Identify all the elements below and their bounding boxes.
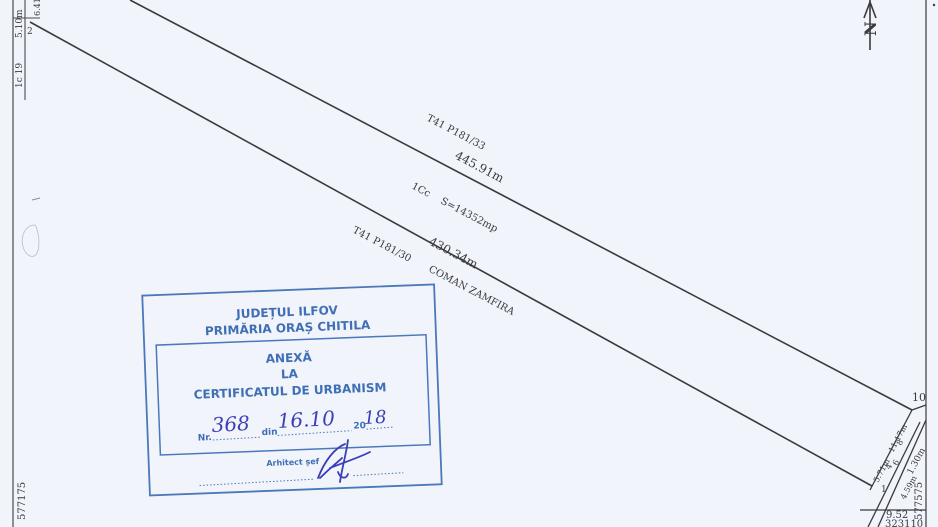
stamp-town-hall: PRIMĂRIA ORAȘ CHITILA [205, 317, 372, 338]
urbanism-stamp: JUDEȚUL ILFOV PRIMĂRIA ORAȘ CHITILA ANEX… [142, 284, 441, 495]
left-coordinate: 577175 [17, 482, 28, 520]
architect-signature [318, 440, 370, 482]
stamp-county: JUDEȚUL ILFOV [235, 303, 339, 321]
south-owner-label: COMAN ZAMFIRA [427, 264, 517, 318]
parcel-code: 1Cc [410, 181, 433, 200]
handwritten-number: 368 [211, 411, 250, 437]
handwritten-year: 18 [363, 407, 387, 429]
scan-artefact [22, 225, 39, 256]
right-coordinate: 577575 [914, 482, 925, 520]
stamp-title-to: LA [281, 367, 299, 382]
north-label: N [861, 21, 880, 36]
bottom-coordinate: 323110 [885, 519, 923, 527]
stamp-title-annex: ANEXĂ [265, 349, 312, 366]
scan-mark [32, 198, 40, 200]
north-boundary-length: 445.91m [453, 148, 507, 185]
left-dim-1: 5.10m [15, 9, 25, 38]
stamp-title-certificate: CERTIFICATUL DE URBANISM [193, 380, 386, 401]
parcel-area: S=14352mp [439, 196, 500, 235]
left-dim-2: 1c 19 [15, 63, 25, 88]
south-neighbour-label: T41 P181/30 [351, 225, 413, 265]
stamp-din-label: din [261, 428, 277, 439]
handwritten-date: 16.10 [277, 406, 336, 433]
speck [933, 4, 935, 6]
north-boundary-line [130, 0, 912, 410]
cadastral-plan: 5.10m 1c 19 6.41 2 577175 N 10 11.17m 8 … [0, 0, 938, 527]
right-point-1: 1 [881, 485, 887, 495]
left-dim-3: 6.41 [33, 0, 42, 16]
north-neighbour-label: T41 P181/33 [425, 113, 487, 153]
stamp-architect-label: Arhitect șef [266, 457, 320, 469]
left-point-number: 2 [27, 27, 33, 37]
right-dim-8: 1.30m [906, 446, 928, 476]
stamp-nr-label: Nr. [198, 433, 212, 444]
right-point-number: 10 [912, 391, 926, 404]
